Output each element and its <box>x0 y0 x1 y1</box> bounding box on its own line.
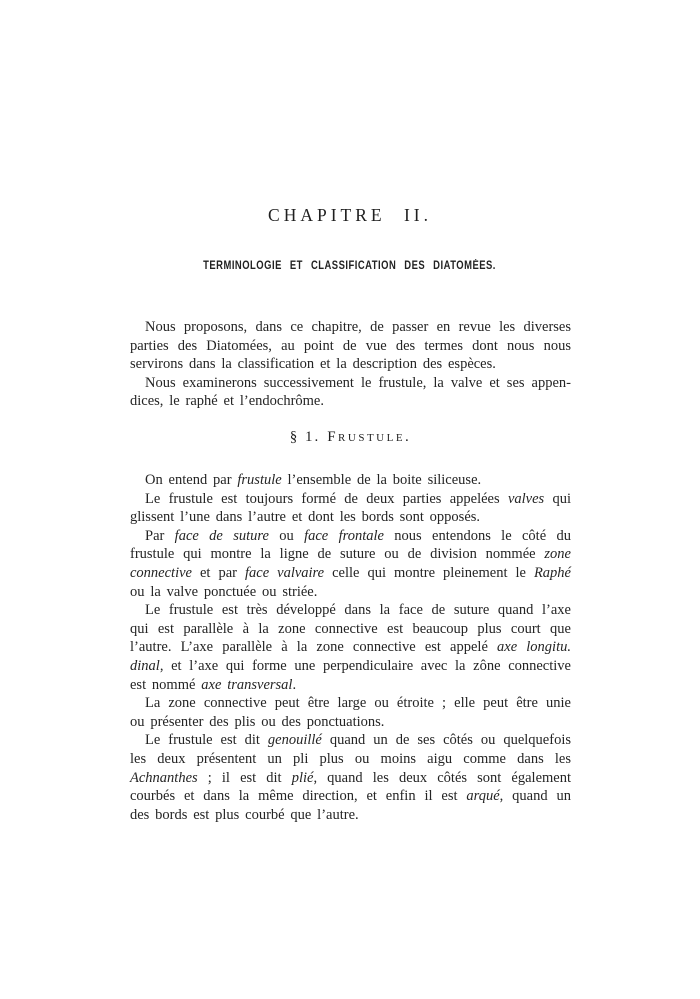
text-run: et par <box>192 565 245 581</box>
text-run: . <box>292 677 296 693</box>
text-line: On entend par frustule l’ensemble de la … <box>130 471 571 490</box>
text-run: qui <box>544 491 571 507</box>
text-run: Nous examinerons successivement le frust… <box>145 375 571 391</box>
text-run: , quand les deux côtés sont également <box>313 770 571 786</box>
text-line: parties des Diatomées, au point de vue d… <box>130 337 571 356</box>
frustule-paragraphs: On entend par frustule l’ensemble de la … <box>130 471 571 824</box>
text-line: l’autre. L’axe parallèle à la zone conne… <box>130 638 571 657</box>
italic-term: connective <box>130 565 192 581</box>
chapter-subtitle: TERMINOLOGIE ET CLASSIFICATION DES DIATO… <box>204 260 497 272</box>
text-line: des bords est plus courbé que l’autre. <box>130 806 571 825</box>
text-line: dices, le raphé et l’endochrôme. <box>130 392 571 411</box>
text-line: qui est parallèle à la zone connective e… <box>130 620 571 639</box>
text-line: dinal, et l’axe qui forme une perpendicu… <box>130 657 571 676</box>
italic-term: face valvaire <box>245 565 324 581</box>
text-line: servirons dans la classification et la d… <box>130 355 571 374</box>
text-run: courbés et dans la même direction, et en… <box>130 788 466 804</box>
chapter-subtitle-row: TERMINOLOGIE ET CLASSIFICATION DES DIATO… <box>0 256 700 274</box>
text-run: La zone connective peut être large ou ét… <box>145 695 571 711</box>
italic-term: axe transversal <box>201 677 292 693</box>
text-run: , quand un <box>500 788 571 804</box>
text-run: Nous proposons, dans ce chapitre, de pas… <box>145 319 571 335</box>
section-title: Frustule. <box>327 429 411 445</box>
text-run: Le frustule est très développé dans la f… <box>145 602 571 618</box>
italic-term: Achnanthes <box>130 770 198 786</box>
text-line: Nous proposons, dans ce chapitre, de pas… <box>130 318 571 337</box>
text-line: courbés et dans la même direction, et en… <box>130 787 571 806</box>
text-line: ou la valve ponctuée ou striée. <box>130 583 571 602</box>
text-line: Nous examinerons successivement le frust… <box>130 374 571 393</box>
text-line: les deux présentent un pli plus ou moins… <box>130 750 571 769</box>
text-run: , et l’axe qui forme une perpendiculaire… <box>160 658 571 674</box>
text-line: Le frustule est dit genouillé quand un d… <box>130 731 571 750</box>
text-line: est nommé axe transversal. <box>130 676 571 695</box>
text-run: Le frustule est dit <box>145 732 268 748</box>
italic-term: genouillé <box>268 732 322 748</box>
italic-term: plié <box>292 770 314 786</box>
text-run: quand un de ses côtés ou quelquefois <box>322 732 571 748</box>
book-page: CHAPITRE II. TERMINOLOGIE ET CLASSIFICAT… <box>0 0 700 999</box>
section-number: § 1. <box>290 429 321 445</box>
text-line: Le frustule est toujours formé de deux p… <box>130 490 571 509</box>
chapter-title: CHAPITRE II. <box>0 205 700 226</box>
italic-term: Raphé <box>534 565 571 581</box>
text-run: l’ensemble de la boite siliceuse. <box>282 472 481 488</box>
text-run: frustule qui montre la ligne de suture o… <box>130 546 544 562</box>
text-line: ou présenter des plis ou des ponctuation… <box>130 713 571 732</box>
text-run: Par <box>145 528 175 544</box>
text-run: celle qui montre pleinement le <box>324 565 534 581</box>
text-run: est nommé <box>130 677 201 693</box>
text-run: dices, le raphé et l’endochrôme. <box>130 393 324 409</box>
italic-term: zone <box>544 546 571 562</box>
text-line: Achnanthes ; il est dit plié, quand les … <box>130 769 571 788</box>
section-heading: § 1.Frustule. <box>130 429 571 446</box>
text-run: les deux présentent un pli plus ou moins… <box>130 751 571 767</box>
text-run: servirons dans la classification et la d… <box>130 356 496 372</box>
text-run: glissent l’une dans l’autre et dont les … <box>130 509 480 525</box>
italic-term: face frontale <box>304 528 384 544</box>
text-run: On entend par <box>145 472 237 488</box>
italic-term: dinal <box>130 658 160 674</box>
text-run: des bords est plus courbé que l’autre. <box>130 807 359 823</box>
text-run: nous entendons le côté du <box>384 528 571 544</box>
text-line: La zone connective peut être large ou ét… <box>130 694 571 713</box>
text-run: l’autre. L’axe parallèle à la zone conne… <box>130 639 497 655</box>
text-run: ou <box>269 528 304 544</box>
text-line: connective et par face valvaire celle qu… <box>130 564 571 583</box>
italic-term: face de suture <box>175 528 269 544</box>
text-run: qui est parallèle à la zone connective e… <box>130 621 571 637</box>
text-run: ou la valve ponctuée ou striée. <box>130 584 317 600</box>
intro-paragraphs: Nous proposons, dans ce chapitre, de pas… <box>130 318 571 411</box>
italic-term: arqué <box>466 788 499 804</box>
text-line: Par face de suture ou face frontale nous… <box>130 527 571 546</box>
text-run: Le frustule est toujours formé de deux p… <box>145 491 508 507</box>
italic-term: axe longitu. <box>497 639 571 655</box>
text-line: Le frustule est très développé dans la f… <box>130 601 571 620</box>
italic-term: valves <box>508 491 544 507</box>
text-run: parties des Diatomées, au point de vue d… <box>130 338 571 354</box>
text-run: ; il est dit <box>198 770 292 786</box>
text-line: frustule qui montre la ligne de suture o… <box>130 545 571 564</box>
text-run: ou présenter des plis ou des ponctuation… <box>130 714 384 730</box>
italic-term: frustule <box>237 472 281 488</box>
text-line: glissent l’une dans l’autre et dont les … <box>130 508 571 527</box>
